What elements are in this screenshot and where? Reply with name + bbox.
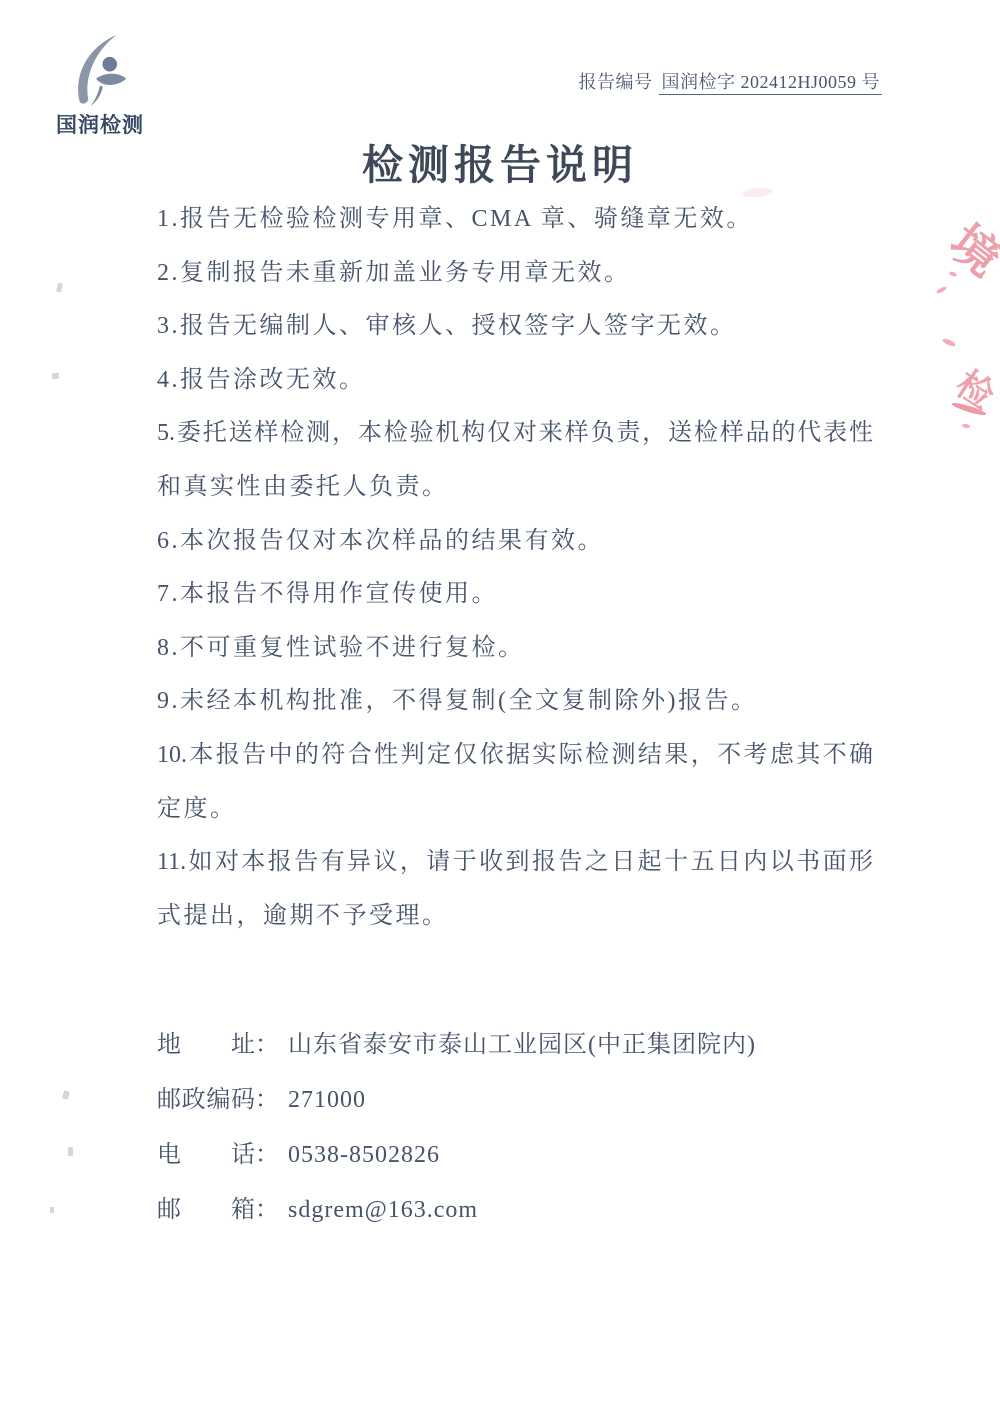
scan-artifact [50,1207,54,1213]
contact-label: 电话 [157,1128,255,1183]
seal-stroke-icon [936,286,948,295]
contact-block: 地址：山东省泰安市泰山工业园区(中正集团院内) 邮政编码：271000 电话：0… [157,1018,756,1238]
contact-colon: ： [255,1183,279,1238]
note-line: 3.报告无编制人、审核人、授权签字人签字无效。 [157,300,873,354]
seal-stroke-icon [942,337,957,347]
contact-value-postcode: 271000 [288,1087,366,1113]
company-logo: 国润检测 [48,34,152,139]
seal-fragment-icon: 境 [940,218,1000,285]
contact-row-email: 邮箱：sdgrem@163.com [157,1183,756,1238]
report-notes-page: 国润检测 报告编号国润检字 202412HJ0059 号 检测报告说明 1.报告… [0,0,1000,1415]
note-line: 4.报告涂改无效。 [157,354,873,408]
note-line: 定度。 [157,783,873,837]
contact-label: 邮政编码 [157,1073,255,1128]
contact-colon: ： [255,1073,279,1128]
note-line: 10.本报告中的符合性判定仅依据实际检测结果，不考虑其不确 [157,729,873,783]
contact-row-address: 地址：山东省泰安市泰山工业园区(中正集团院内) [157,1018,756,1073]
note-line: 11.如对本报告有异议，请于收到报告之日起十五日内以书面形 [157,836,873,890]
contact-label: 地址 [157,1018,255,1073]
report-number-label: 报告编号 [578,72,652,92]
note-line: 9.未经本机构批准，不得复制(全文复制除外)报告。 [157,675,873,729]
contact-colon: ： [255,1128,279,1183]
contact-label: 邮箱 [157,1183,255,1238]
note-line: 6.本次报告仅对本次样品的结果有效。 [157,515,873,569]
report-number-value: 国润检字 202412HJ0059 号 [659,72,882,95]
contact-row-phone: 电话：0538-8502826 [157,1128,756,1183]
note-line: 和真实性由委托人负责。 [157,461,873,515]
note-line: 5.委托送样检测，本检验机构仅对来样负责，送检样品的代表性 [157,407,873,461]
note-line: 式提出，逾期不予受理。 [157,890,873,944]
note-line: 2.复制报告未重新加盖业务专用章无效。 [157,247,873,301]
note-line: 1.报告无检验检测专用章、CMA 章、骑缝章无效。 [157,193,873,247]
scan-artifact [52,372,60,379]
seal-stroke-icon [962,423,971,428]
page-title: 检测报告说明 [0,132,1000,191]
contact-value-address: 山东省泰安市泰山工业园区(中正集团院内) [288,1032,756,1058]
logo-swoosh-icon [63,34,137,108]
report-number-line: 报告编号国润检字 202412HJ0059 号 [578,68,882,94]
contact-colon: ： [255,1018,279,1073]
scan-artifact [62,1090,70,1099]
contact-value-email: sdgrem@163.com [288,1197,478,1223]
notes-list: 1.报告无检验检测专用章、CMA 章、骑缝章无效。 2.复制报告未重新加盖业务专… [157,193,873,943]
scan-artifact [68,1147,73,1156]
note-line: 7.本报告不得用作宣传使用。 [157,568,873,622]
scan-artifact [56,283,63,293]
contact-value-phone: 0538-8502826 [288,1142,440,1168]
note-line: 8.不可重复性试验不进行复检。 [157,622,873,676]
contact-row-postcode: 邮政编码：271000 [157,1073,756,1128]
